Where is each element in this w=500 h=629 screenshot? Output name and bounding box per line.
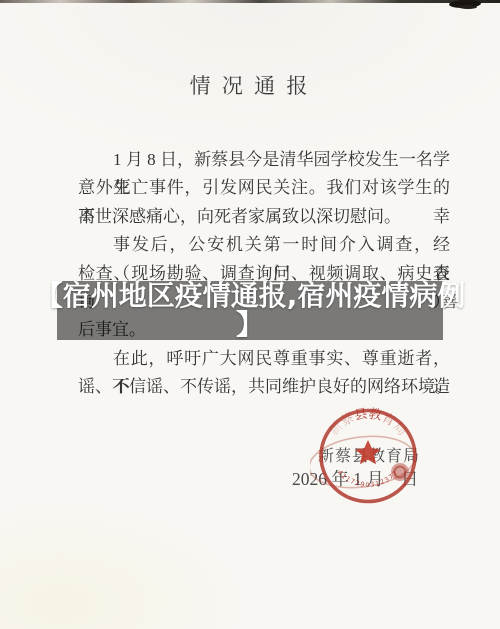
caption-line-2: 】 (236, 311, 264, 339)
doc-line: 意外死亡事件，引发网民关注。我们对该学生的不幸 (78, 174, 450, 202)
doc-line: 在此，呼吁广大网民尊重事实、尊重逝者，不造 (78, 345, 450, 373)
doc-line: 谣、不信谣、不传谣，共同维护良好的网络环境。 (78, 373, 450, 401)
document-body: 1 月 8 日，新蔡县今是清华园学校发生一名学生 意外死亡事件，引发网民关注。我… (78, 146, 450, 402)
doc-line: 1 月 8 日，新蔡县今是清华园学校发生一名学生 (78, 146, 450, 174)
doc-line: 事发后，公安机关第一时间介入调查，经（尸表 (78, 231, 450, 259)
scanned-notice-page: 情 况 通 报 1 月 8 日，新蔡县今是清华园学校发生一名学生 意外死亡事件，… (0, 0, 500, 629)
document-title: 情 况 通 报 (0, 70, 500, 100)
seal-star-icon (355, 440, 381, 464)
scan-top-edge (0, 0, 500, 3)
seal-serial-number: 4117290312377 (336, 468, 400, 488)
official-seal: 新蔡县教育局 4117290312377 (310, 400, 430, 510)
ink-smudge-small (459, 5, 477, 9)
caption-banner: 【宿州地区疫情通报,宿州疫情病例 】 (57, 281, 443, 340)
doc-line: 离世深感痛心，向死者家属致以深切慰问。 (78, 203, 450, 231)
caption-line-1: 【宿州地区疫情通报,宿州疫情病例 (35, 281, 466, 311)
